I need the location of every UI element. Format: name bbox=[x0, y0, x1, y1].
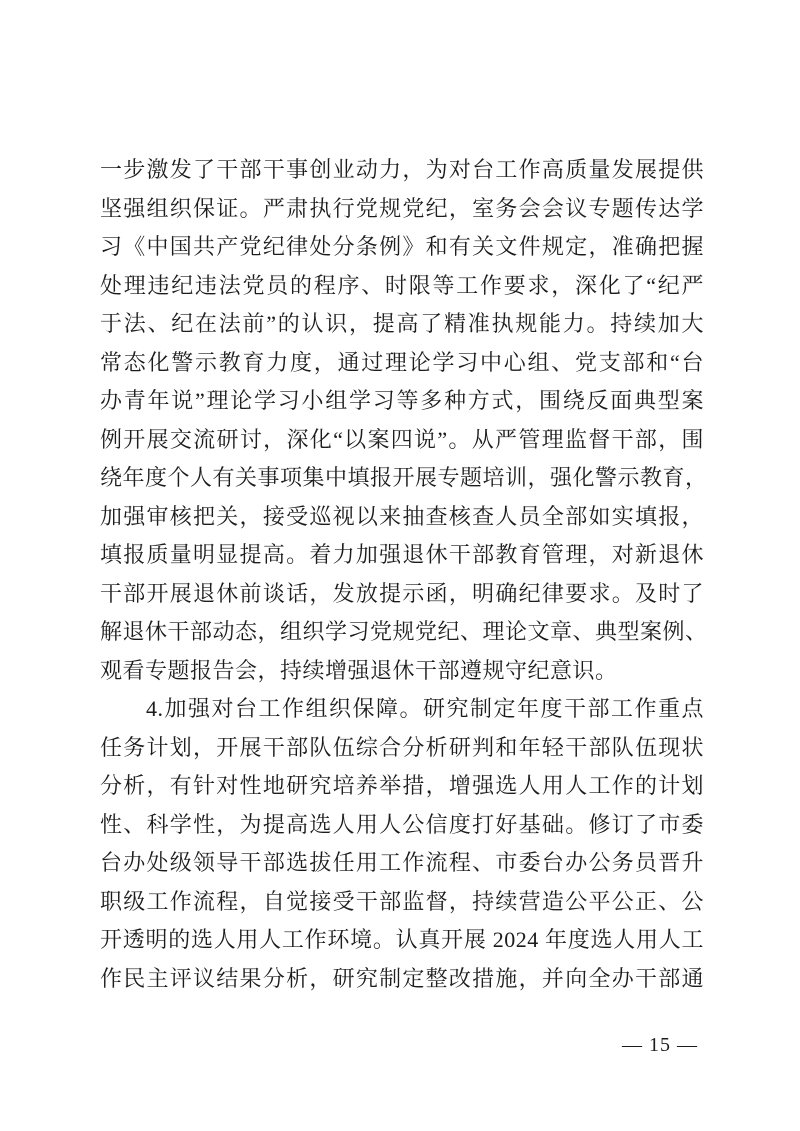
text-line: 台办处级领导干部选拔任用工作流程、市委台办公务员晋升 bbox=[100, 844, 704, 883]
text-line: 加强审核把关，接受巡视以来抽查核查人员全部如实填报， bbox=[100, 498, 704, 537]
text-line: 办青年说”理论学习小组学习等多种方式，围绕反面典型案 bbox=[100, 382, 704, 421]
text-line: 作民主评议结果分析，研究制定整改措施，并向全办干部通 bbox=[100, 960, 704, 999]
text-line: 解退休干部动态，组织学习党规党纪、理论文章、典型案例、 bbox=[100, 613, 704, 652]
document-body-text: 一步激发了干部干事创业动力，为对台工作高质量发展提供 坚强组织保证。严肃执行党规… bbox=[100, 151, 704, 998]
text-line: 性、科学性，为提高选人用人公信度打好基础。修订了市委 bbox=[100, 806, 704, 845]
text-line: 填报质量明显提高。着力加强退休干部教育管理，对新退休 bbox=[100, 536, 704, 575]
text-line: 分析，有针对性地研究培养举措，增强选人用人工作的计划 bbox=[100, 767, 704, 806]
text-line-paragraph-end: 观看专题报告会，持续增强退休干部遵规守纪意识。 bbox=[100, 652, 704, 691]
text-line: 习《中国共产党纪律处分条例》和有关文件规定，准确把握 bbox=[100, 228, 704, 267]
text-line: 绕年度个人有关事项集中填报开展专题培训，强化警示教育， bbox=[100, 459, 704, 498]
text-line: 常态化警示教育力度，通过理论学习中心组、党支部和“台 bbox=[100, 344, 704, 383]
text-line: 开透明的选人用人工作环境。认真开展 2024 年度选人用人工 bbox=[100, 921, 704, 960]
text-line: 一步激发了干部干事创业动力，为对台工作高质量发展提供 bbox=[100, 151, 704, 190]
text-line: 任务计划，开展干部队伍综合分析研判和年轻干部队伍现状 bbox=[100, 729, 704, 768]
text-line: 职级工作流程，自觉接受干部监督，持续营造公平公正、公 bbox=[100, 883, 704, 922]
text-line: 坚强组织保证。严肃执行党规党纪，室务会会议专题传达学 bbox=[100, 190, 704, 229]
text-line: 于法、纪在法前”的认识，提高了精准执规能力。持续加大 bbox=[100, 305, 704, 344]
page-number: — 15 — bbox=[622, 1032, 698, 1058]
text-line: 处理违纪违法党员的程序、时限等工作要求，深化了“纪严 bbox=[100, 267, 704, 306]
text-line-paragraph-start: 4.加强对台工作组织保障。研究制定年度干部工作重点 bbox=[100, 690, 704, 729]
document-page: 一步激发了干部干事创业动力，为对台工作高质量发展提供 坚强组织保证。严肃执行党规… bbox=[0, 0, 800, 1131]
text-line: 干部开展退休前谈话，发放提示函，明确纪律要求。及时了 bbox=[100, 575, 704, 614]
text-line: 例开展交流研讨，深化“以案四说”。从严管理监督干部，围 bbox=[100, 421, 704, 460]
